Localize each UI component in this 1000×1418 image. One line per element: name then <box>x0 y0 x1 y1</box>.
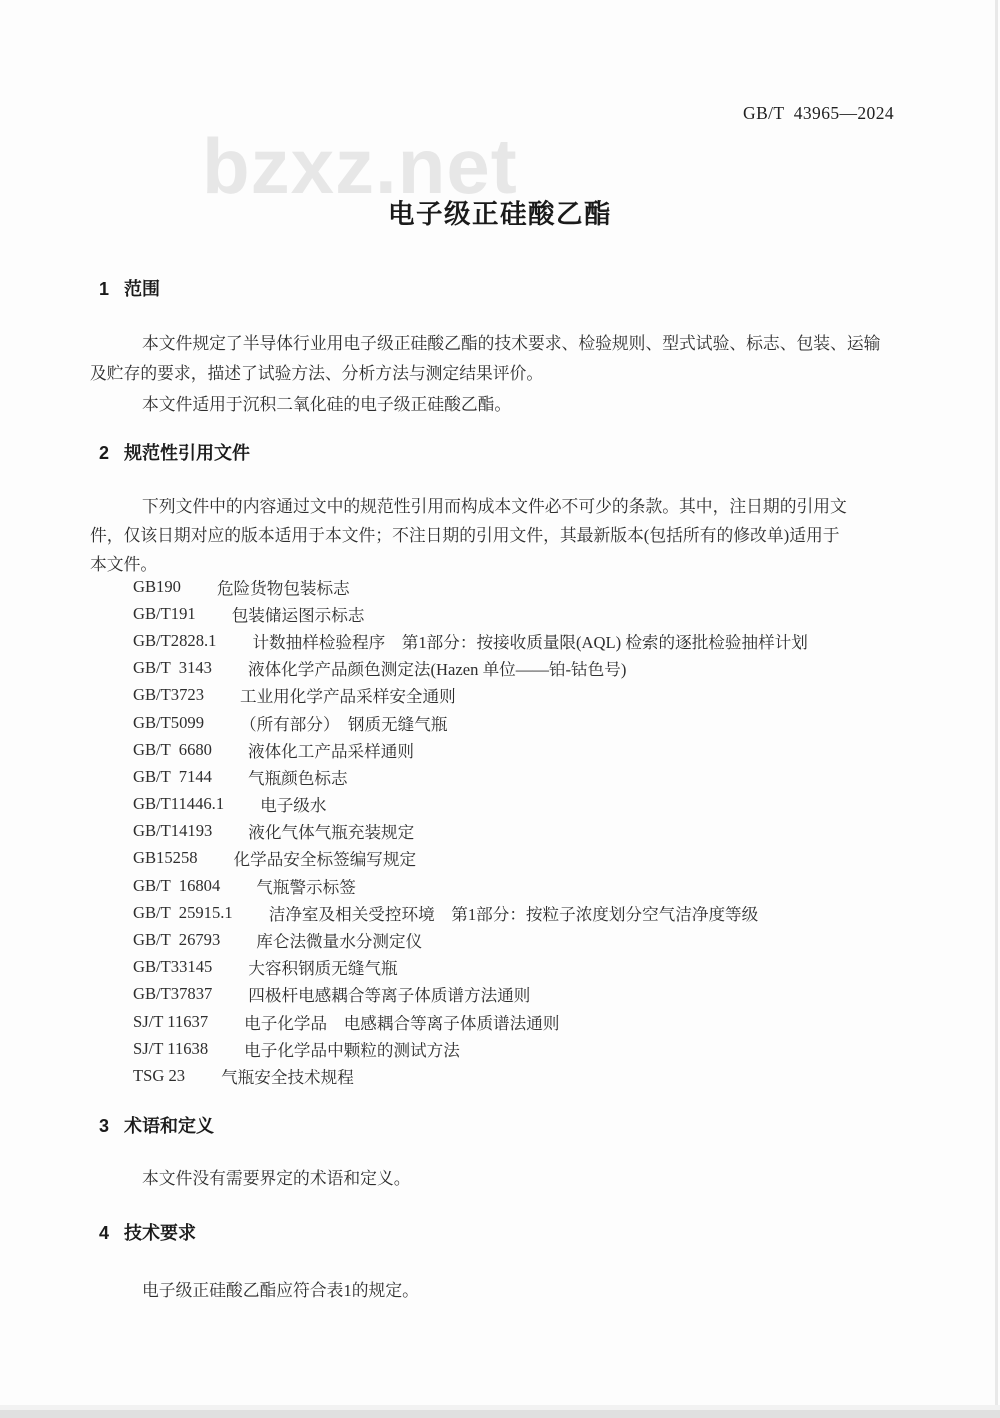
reference-code: GB15258 <box>133 848 198 868</box>
paragraph-line: 下列文件中的内容通过文中的规范性引用而构成本文件必不可少的条款。其中，注日期的引… <box>90 492 896 521</box>
reference-item: GB/T 7144 气瓶颜色标志 <box>133 763 808 790</box>
reference-item: GB/T 26793 库仑法微量水分测定仪 <box>133 926 808 953</box>
page-edge-bottom-bar <box>0 1410 1000 1418</box>
paragraph-line: 本文件适用于沉积二氧化硅的电子级正硅酸乙酯。 <box>90 390 896 420</box>
page-edge-right-line <box>995 0 998 1410</box>
reference-code: GB/T14193 <box>133 821 212 841</box>
reference-item: GB/T191 包装储运图示标志 <box>133 600 808 627</box>
paragraph-normative-references: 下列文件中的内容通过文中的规范性引用而构成本文件必不可少的条款。其中，注日期的引… <box>90 492 896 579</box>
reference-title: 化学品安全标签编写规定 <box>234 846 417 870</box>
section-label: 术语和定义 <box>124 1115 214 1137</box>
reference-title: 液化气体气瓶充装规定 <box>248 819 414 843</box>
reference-title: 四极杆电感耦合等离子体质谱方法通则 <box>248 982 530 1006</box>
reference-code: TSG 23 <box>133 1066 185 1086</box>
section-label: 技术要求 <box>124 1222 196 1244</box>
paragraph-line: 及贮存的要求，描述了试验方法、分析方法与测定结果评价。 <box>90 359 896 389</box>
reference-code: GB/T5099 <box>133 713 204 733</box>
reference-title: 包装储运图示标志 <box>232 602 365 626</box>
reference-title: 工业用化学产品采样安全通则 <box>240 683 456 707</box>
reference-code: GB/T 6680 <box>133 740 212 760</box>
reference-item: SJ/T 11637 电子化学品 电感耦合等离子体质谱法通则 <box>133 1008 808 1035</box>
reference-code: GB/T 7144 <box>133 767 212 787</box>
reference-item: GB/T5099 （所有部分） 钢质无缝气瓶 <box>133 709 808 736</box>
document-page: GB/T 43965—2024 bzxz.net 电子级正硅酸乙酯 1 范围 本… <box>0 0 1000 1418</box>
reference-title: 电子化学品 电感耦合等离子体质谱法通则 <box>244 1010 559 1034</box>
reference-title: 危险货物包装标志 <box>217 575 350 599</box>
reference-item: GB/T 3143 液体化学产品颜色测定法(Hazen 单位——铂-钴色号) <box>133 655 808 682</box>
reference-item: GB/T11446.1 电子级水 <box>133 791 808 818</box>
reference-code: GB/T 26793 <box>133 930 220 950</box>
reference-code: GB/T 16804 <box>133 876 220 896</box>
reference-title: 液体化工产品采样通则 <box>248 738 414 762</box>
reference-code: SJ/T 11638 <box>133 1039 208 1059</box>
standard-code: GB/T 43965—2024 <box>743 103 894 124</box>
section-number: 3 <box>99 1115 109 1137</box>
reference-code: GB/T3723 <box>133 685 204 705</box>
reference-item: GB/T3723 工业用化学产品采样安全通则 <box>133 682 808 709</box>
section-label: 范围 <box>124 278 160 300</box>
section-heading-terms-definitions: 3 术语和定义 <box>99 1115 214 1137</box>
section-number: 1 <box>99 278 109 300</box>
reference-code: GB/T11446.1 <box>133 794 224 814</box>
reference-item: GB15258 化学品安全标签编写规定 <box>133 845 808 872</box>
reference-item: GB190 危险货物包装标志 <box>133 573 808 600</box>
reference-title: 气瓶颜色标志 <box>248 765 348 789</box>
reference-title: 气瓶警示标签 <box>256 874 356 898</box>
reference-item: GB/T2828.1 计数抽样检验程序 第1部分：按接收质量限(AQL) 检索的… <box>133 627 808 654</box>
section-heading-normative-references: 2 规范性引用文件 <box>99 442 250 464</box>
reference-code: GB/T37837 <box>133 984 212 1004</box>
reference-title: 电子级水 <box>260 792 326 816</box>
reference-item: GB/T 25915.1 洁净室及相关受控环境 第1部分：按粒子浓度划分空气洁净… <box>133 899 808 926</box>
section-heading-technical-requirements: 4 技术要求 <box>99 1222 196 1244</box>
paragraph-line: 件，仅该日期对应的版本适用于本文件；不注日期的引用文件，其最新版本(包括所有的修… <box>90 521 896 550</box>
section-label: 规范性引用文件 <box>124 442 250 464</box>
reference-title: 气瓶安全技术规程 <box>221 1064 354 1088</box>
reference-code: GB/T 25915.1 <box>133 903 233 923</box>
reference-code: GB190 <box>133 577 181 597</box>
paragraph-scope-2: 本文件适用于沉积二氧化硅的电子级正硅酸乙酯。 <box>90 390 896 420</box>
reference-item: GB/T33145 大容积钢质无缝气瓶 <box>133 954 808 981</box>
reference-title: 计数抽样检验程序 第1部分：按接收质量限(AQL) 检索的逐批检验抽样计划 <box>252 629 807 653</box>
page-title: 电子级正硅酸乙酯 <box>0 192 1000 231</box>
paragraph-line: 本文件规定了半导体行业用电子级正硅酸乙酯的技术要求、检验规则、型式试验、标志、包… <box>90 329 896 359</box>
reference-item: GB/T 6680 液体化工产品采样通则 <box>133 736 808 763</box>
reference-item: GB/T14193 液化气体气瓶充装规定 <box>133 818 808 845</box>
section-number: 2 <box>99 442 109 464</box>
reference-title: （所有部分） 钢质无缝气瓶 <box>240 711 447 735</box>
reference-code: GB/T33145 <box>133 957 212 977</box>
reference-item: TSG 23 气瓶安全技术规程 <box>133 1062 808 1089</box>
reference-item: GB/T37837 四极杆电感耦合等离子体质谱方法通则 <box>133 981 808 1008</box>
reference-title: 液体化学产品颜色测定法(Hazen 单位——铂-钴色号) <box>248 656 626 680</box>
paragraph-line: 电子级正硅酸乙酯应符合表1的规定。 <box>90 1276 896 1306</box>
reference-title: 大容积钢质无缝气瓶 <box>248 955 397 979</box>
reference-code: GB/T 3143 <box>133 658 212 678</box>
reference-title: 电子化学品中颗粒的测试方法 <box>244 1037 460 1061</box>
reference-item: SJ/T 11638 电子化学品中颗粒的测试方法 <box>133 1035 808 1062</box>
reference-title: 库仑法微量水分测定仪 <box>256 928 422 952</box>
paragraph-scope-1: 本文件规定了半导体行业用电子级正硅酸乙酯的技术要求、检验规则、型式试验、标志、包… <box>90 329 896 389</box>
paragraph-technical-requirements: 电子级正硅酸乙酯应符合表1的规定。 <box>90 1276 896 1306</box>
reference-title: 洁净室及相关受控环境 第1部分：按粒子浓度划分空气洁净度等级 <box>269 901 759 925</box>
reference-code: GB/T191 <box>133 604 196 624</box>
paragraph-terms-definitions: 本文件没有需要界定的术语和定义。 <box>90 1164 896 1194</box>
paragraph-line: 本文件没有需要界定的术语和定义。 <box>90 1164 896 1194</box>
section-heading-scope: 1 范围 <box>99 278 160 300</box>
section-number: 4 <box>99 1222 109 1244</box>
reference-code: GB/T2828.1 <box>133 631 216 651</box>
reference-code: SJ/T 11637 <box>133 1012 208 1032</box>
reference-item: GB/T 16804 气瓶警示标签 <box>133 872 808 899</box>
references-list: GB190 危险货物包装标志 GB/T191 包装储运图示标志 GB/T2828… <box>133 573 808 1090</box>
